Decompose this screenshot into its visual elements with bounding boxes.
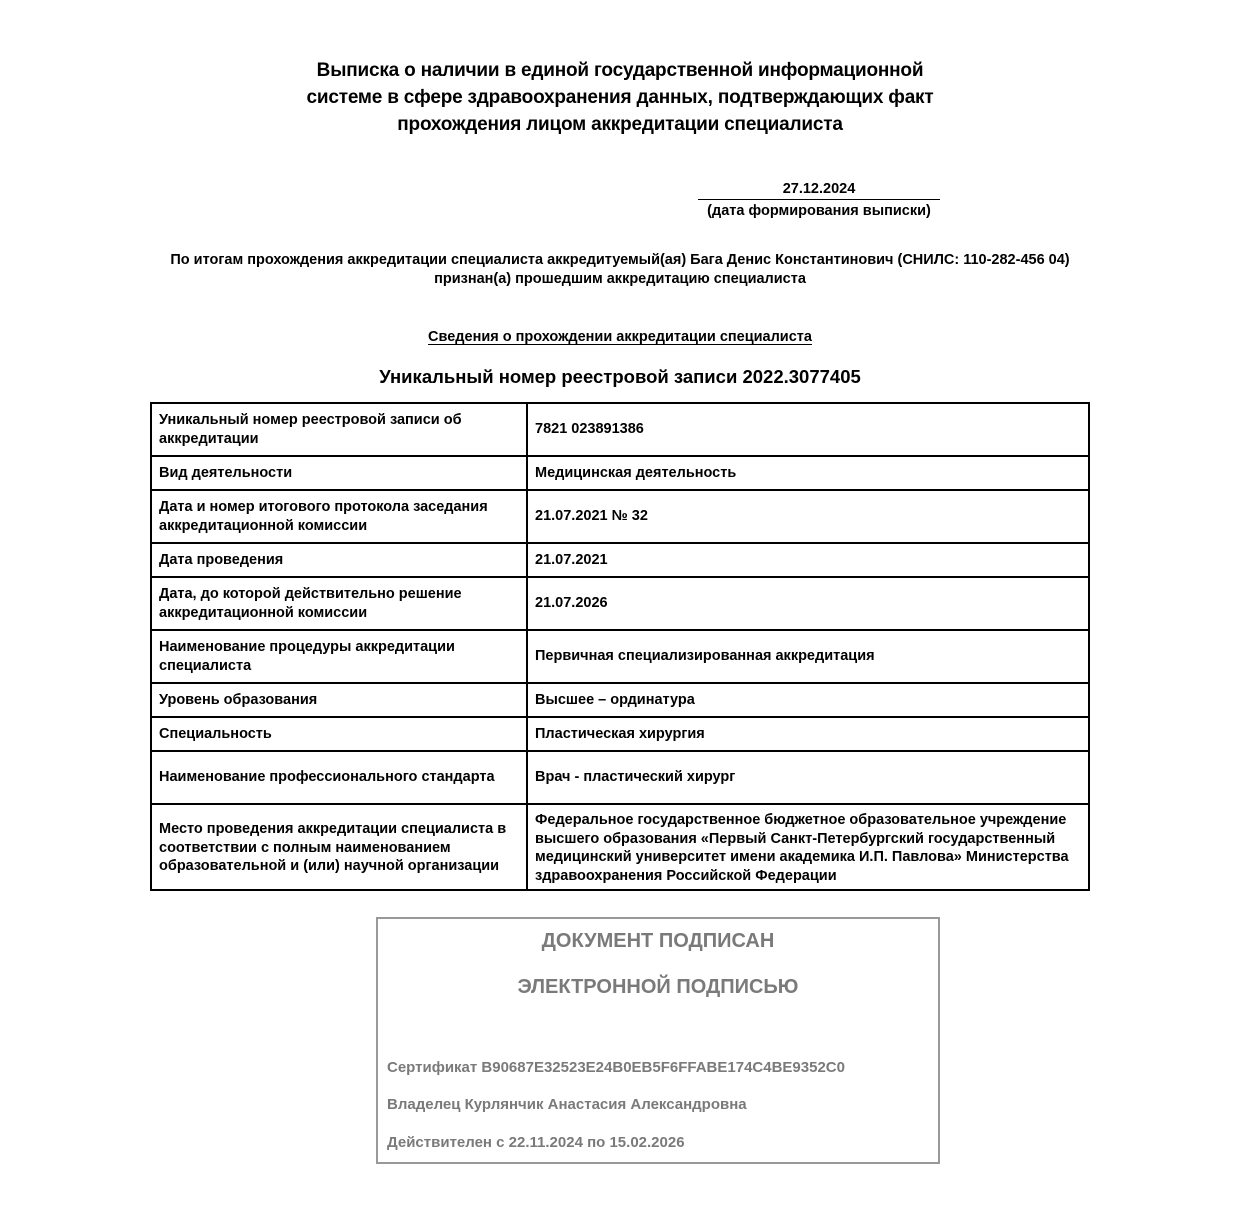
row-label: Место проведения аккредитации специалист… <box>151 804 527 890</box>
table-row: Вид деятельности Медицинская деятельност… <box>151 456 1089 490</box>
table-row: Место проведения аккредитации специалист… <box>151 804 1089 890</box>
row-value: 7821 023891386 <box>527 403 1089 456</box>
table-row: Уникальный номер реестровой записи об ак… <box>151 403 1089 456</box>
section-heading-text: Сведения о прохождении аккредитации спец… <box>428 329 812 345</box>
document-title-line: Выписка о наличии в единой государственн… <box>240 57 1000 84</box>
row-value: Первичная специализированная аккредитаци… <box>527 630 1089 683</box>
table-row: Наименование профессионального стандарта… <box>151 751 1089 804</box>
row-value: 21.07.2021 № 32 <box>527 490 1089 543</box>
row-label: Дата и номер итогового протокола заседан… <box>151 490 527 543</box>
section-heading: Сведения о прохождении аккредитации спец… <box>0 327 1240 347</box>
row-value: Врач - пластический хирург <box>527 751 1089 804</box>
stamp-heading: ДОКУМЕНТ ПОДПИСАН <box>378 928 938 954</box>
row-value: Высшее – ординатура <box>527 683 1089 717</box>
stamp-validity: Действителен с 22.11.2024 по 15.02.2026 <box>387 1133 685 1153</box>
intro-paragraph: По итогам прохождения аккредитации специ… <box>155 251 1085 289</box>
table-row: Наименование процедуры аккредитации спец… <box>151 630 1089 683</box>
row-label: Дата, до которой действительно решение а… <box>151 577 527 630</box>
document-title: Выписка о наличии в единой государственн… <box>240 57 1000 138</box>
row-label: Специальность <box>151 717 527 751</box>
document-title-line: системе в сфере здравоохранения данных, … <box>240 84 1000 111</box>
stamp-owner: Владелец Курлянчик Анастасия Александров… <box>387 1095 747 1115</box>
document-title-line: прохождения лицом аккредитации специалис… <box>240 111 1000 138</box>
stamp-certificate: Сертификат B90687E32523E24B0EB5F6FFABE17… <box>387 1058 845 1078</box>
accreditation-details-table: Уникальный номер реестровой записи об ак… <box>150 402 1090 891</box>
row-label: Наименование процедуры аккредитации спец… <box>151 630 527 683</box>
table-row: Уровень образования Высшее – ординатура <box>151 683 1089 717</box>
formation-date-caption: (дата формирования выписки) <box>698 201 940 221</box>
row-label: Уникальный номер реестровой записи об ак… <box>151 403 527 456</box>
table-row: Дата проведения 21.07.2021 <box>151 543 1089 577</box>
row-value: Пластическая хирургия <box>527 717 1089 751</box>
row-label: Вид деятельности <box>151 456 527 490</box>
formation-date-block: 27.12.2024 (дата формирования выписки) <box>698 180 940 221</box>
electronic-signature-stamp: ДОКУМЕНТ ПОДПИСАН ЭЛЕКТРОННОЙ ПОДПИСЬЮ С… <box>376 917 940 1164</box>
formation-date: 27.12.2024 <box>698 180 940 200</box>
row-label: Наименование профессионального стандарта <box>151 751 527 804</box>
table-row: Дата, до которой действительно решение а… <box>151 577 1089 630</box>
row-value: 21.07.2026 <box>527 577 1089 630</box>
row-label: Уровень образования <box>151 683 527 717</box>
row-value: Медицинская деятельность <box>527 456 1089 490</box>
row-value: 21.07.2021 <box>527 543 1089 577</box>
table-row: Специальность Пластическая хирургия <box>151 717 1089 751</box>
row-value: Федеральное государственное бюджетное об… <box>527 804 1089 890</box>
stamp-subheading: ЭЛЕКТРОННОЙ ПОДПИСЬЮ <box>378 974 938 1000</box>
registry-number-title: Уникальный номер реестровой записи 2022.… <box>0 364 1240 390</box>
table-row: Дата и номер итогового протокола заседан… <box>151 490 1089 543</box>
row-label: Дата проведения <box>151 543 527 577</box>
